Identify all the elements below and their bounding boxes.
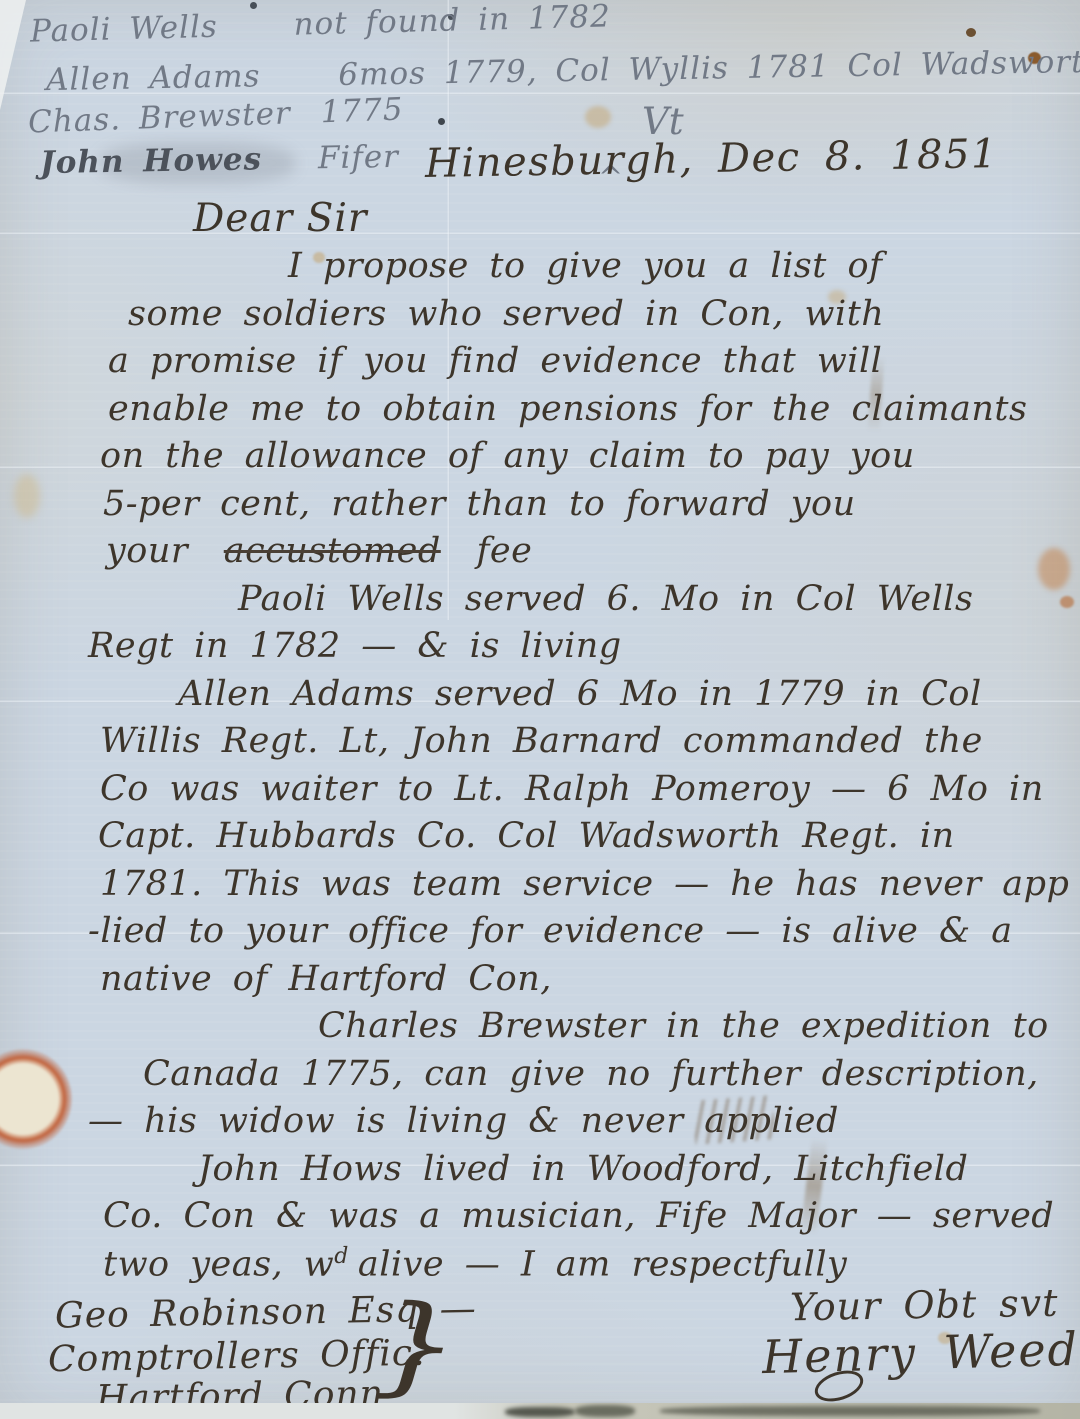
body-line: Charles Brewster in the expedition to [88,1006,1068,1054]
body-line: John Hows lived in Woodford, Litchfield [88,1149,1068,1197]
signature: Henry Weed [761,1322,1079,1384]
letter-page: Paoli Wells not found in 1782 Allen Adam… [0,0,1080,1419]
letter-body: I propose to give you a list of some sol… [88,246,1068,1291]
body-line: enable me to obtain pensions for the cla… [88,389,1068,437]
body-paragraph: Paoli Wells served 6. Mo in Col Wells Re… [88,579,1068,674]
pencil-annotation-row: Allen Adams 6mos 1779, Col Wyllis 1781 C… [46,42,1080,98]
annotation-name: Chas. Brewster [27,95,291,140]
body-line: -lied to your office for evidence — is a… [88,911,1068,959]
body-line: — his widow is living & never applied [88,1101,1068,1149]
last-line-post: alive — I am respectfully [358,1244,847,1284]
last-line-pre: two yeas, w [103,1244,334,1284]
body-line: Allen Adams served 6 Mo in 1779 in Col [88,674,1068,722]
struck-word: accustomed [224,531,441,571]
body-paragraph: Allen Adams served 6 Mo in 1779 in Col W… [88,674,1068,1007]
body-line: some soldiers who served in Con, with [88,294,1068,342]
body-line-fee: your accustomed fee [88,531,1068,579]
bottom-edge [0,1403,1080,1419]
body-line: native of Hartford Con, [88,959,1068,1007]
fee-suffix: fee [476,531,532,571]
body-line: on the allowance of any claim to pay you [88,436,1068,484]
pencil-annotation-row: Paoli Wells not found in 1782 [30,0,612,50]
fold-crease-horizontal [0,232,1080,235]
bottom-edge-shadow [660,1406,1040,1416]
annotation-note: not found in 1782 [293,0,611,43]
valediction: Your Obt svt [790,1281,1059,1330]
body-line: 5-per cent, rather than to forward you [88,484,1068,532]
annotation-name: John Howes [40,141,263,181]
body-line: Canada 1775, can give no further descrip… [88,1054,1068,1102]
body-line: Co was waiter to Lt. Ralph Pomeroy — 6 M… [88,769,1068,817]
stain-red-ring [0,1049,72,1149]
body-line: Capt. Hubbards Co. Col Wadsworth Regt. i… [88,816,1068,864]
body-paragraph: John Hows lived in Woodford, Litchfield … [88,1149,1068,1292]
fee-prefix: your [106,531,188,571]
body-line: 1781. This was team service — he has nev… [88,864,1068,912]
body-line: a promise if you find evidence that will [88,341,1068,389]
pencil-annotation-row: John Howes Fifer [40,139,400,181]
salutation: Dear Sir [193,196,367,241]
foxing-spot [966,28,976,37]
pencil-annotation-row: Chas. Brewster 1775 [27,91,404,140]
body-line: Willis Regt. Lt, John Barnard commanded … [88,721,1068,769]
annotation-name: Allen Adams [46,58,261,98]
dateline: Hinesburgh, Dec 8. 1851 [425,131,999,187]
body-line: Paoli Wells served 6. Mo in Col Wells [88,579,1068,627]
annotation-name: Paoli Wells [30,9,219,50]
body-line: I propose to give you a list of [88,246,1068,294]
annotation-note: Fifer [318,139,400,176]
body-paragraph: Charles Brewster in the expedition to Ca… [88,1006,1068,1149]
bottom-edge-shadow [505,1407,575,1417]
bottom-edge-shadow [575,1405,635,1417]
body-line: Co. Con & was a musician, Fife Major — s… [88,1196,1068,1244]
foxing-spot [585,106,611,128]
superscript-letter: d [334,1244,349,1269]
body-line: Regt in 1782 — & is living [88,626,1068,674]
foxing-spot [14,474,40,518]
body-paragraph: I propose to give you a list of some sol… [88,246,1068,579]
ink-speck [438,118,445,125]
recipient-brace: } [371,1291,462,1401]
annotation-note: 1775 [320,91,404,130]
